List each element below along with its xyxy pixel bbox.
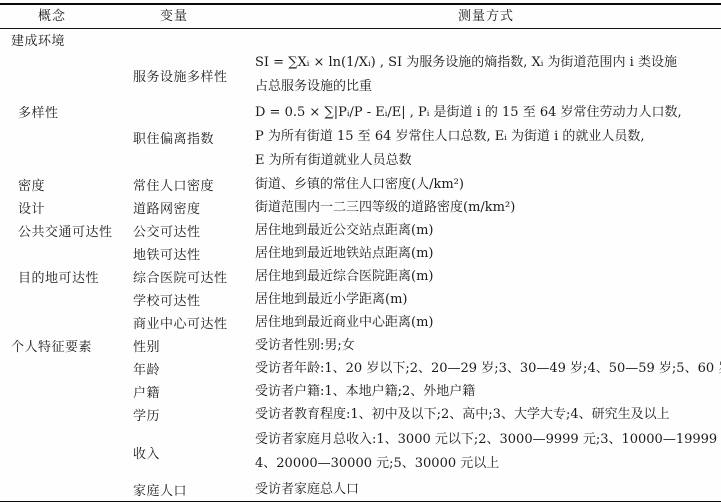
measurement-cell: 受访者家庭总人口 (255, 478, 721, 501)
concept-cell: 建成环境 (0, 29, 133, 49)
measurement-line: 居住地到最近公交站点距离(m) (255, 219, 717, 242)
measurement-line: 街道范围内一二三四等级的道路密度(m/km²) (255, 196, 717, 219)
concept-cell: 目的地可达性 (0, 265, 133, 288)
measurement-line: 居住地到最近小学距离(m) (255, 288, 717, 311)
variable-cell: 商业中心可达性 (133, 313, 255, 332)
measurement-cell: 受访者性别:男;女 (255, 334, 721, 357)
table-row-group: 个人特征要素 性别 受访者性别:男;女 年龄 受访者年龄:1、20 岁以下;2、… (0, 334, 721, 501)
measurement-line: 4、20000—30000 元;5、30000 元以上 (255, 452, 721, 476)
measurement-cell: 居住地到最近地铁站点距离(m) (255, 242, 721, 265)
measurement-cell: 居住地到最近小学距离(m) (255, 288, 721, 311)
measurement-line: 受访者家庭月总收入:1、3000 元以下;2、3000—9999 元;3、100… (255, 428, 721, 452)
variable-cell: 常住人口密度 (133, 175, 255, 194)
table-row: 地铁可达性 居住地到最近地铁站点距离(m) (133, 242, 721, 265)
variable-cell: 户籍 (133, 382, 255, 401)
variable-cell: 综合医院可达性 (133, 267, 255, 286)
measurement-cell: D = 0.5 × ∑|Pᵢ/P - Eᵢ/E| , Pᵢ 是街道 i 的 15… (255, 101, 721, 173)
measurement-line: SI = ∑Xᵢ × ln(1/Xᵢ) , SI 为服务设施的熵指数, Xᵢ 为… (255, 51, 717, 75)
col-header-measurement: 测量方式 (255, 5, 717, 28)
col-header-concept: 概念 (38, 5, 66, 28)
table-header: 概念 变量 测量方式 (0, 5, 721, 29)
measurement-line: 居住地到最近商业中心距离(m) (255, 311, 717, 334)
measurement-line: 居住地到最近地铁站点距离(m) (255, 242, 717, 265)
variable-cell: 年龄 (133, 359, 255, 378)
concept-cell: 设计 (0, 196, 133, 219)
table-row: 常住人口密度 街道、乡镇的常住人口密度(人/km²) (133, 173, 721, 196)
measurement-line: 受访者教育程度:1、初中及以下;2、高中;3、大学大专;4、研究生及以上 (255, 403, 721, 426)
table-row-group: 公共交通可达性 公交可达性 居住地到最近公交站点距离(m) 地铁可达性 居住地到… (0, 219, 721, 265)
table-row: 学历 受访者教育程度:1、初中及以下;2、高中;3、大学大专;4、研究生及以上 (133, 403, 721, 426)
variable-cell: 职住偏离指数 (133, 128, 255, 147)
table-row: 家庭人口 受访者家庭总人口 (133, 478, 721, 501)
table-row-group: 目的地可达性 综合医院可达性 居住地到最近综合医院距离(m) 学校可达性 居住地… (0, 265, 721, 334)
table-row-group: 多样性 服务设施多样性 SI = ∑Xᵢ × ln(1/Xᵢ) , SI 为服务… (0, 49, 721, 173)
variable-cell: 学校可达性 (133, 290, 255, 309)
measurement-cell: SI = ∑Xᵢ × ln(1/Xᵢ) , SI 为服务设施的熵指数, Xᵢ 为… (255, 51, 721, 99)
table-row: 服务设施多样性 SI = ∑Xᵢ × ln(1/Xᵢ) , SI 为服务设施的熵… (133, 49, 721, 101)
table-row: 学校可达性 居住地到最近小学距离(m) (133, 288, 721, 311)
measurement-line: P 为所有街道 15 至 64 岁常住人口总数, Eᵢ 为街道 i 的就业人员数… (255, 125, 717, 149)
table-row: 道路网密度 街道范围内一二三四等级的道路密度(m/km²) (133, 196, 721, 219)
table-row-group: 设计 道路网密度 街道范围内一二三四等级的道路密度(m/km²) (0, 196, 721, 219)
table-row-group: 建成环境 (0, 29, 721, 49)
measurement-cell: 居住地到最近公交站点距离(m) (255, 219, 721, 242)
table-row: 商业中心可达性 居住地到最近商业中心距离(m) (133, 311, 721, 334)
measurement-cell: 街道、乡镇的常住人口密度(人/km²) (255, 173, 721, 196)
measurement-table: 概念 变量 测量方式 建成环境 多样性 服务设施多样性 SI = ∑Xᵢ × l… (0, 3, 721, 502)
variable-cell: 家庭人口 (133, 480, 255, 499)
table-row-group: 密度 常住人口密度 街道、乡镇的常住人口密度(人/km²) (0, 173, 721, 196)
variable-cell: 学历 (133, 405, 255, 424)
measurement-cell: 受访者教育程度:1、初中及以下;2、高中;3、大学大专;4、研究生及以上 (255, 403, 721, 426)
variable-cell: 道路网密度 (133, 198, 255, 217)
measurement-line: 受访者户籍:1、本地户籍;2、外地户籍 (255, 380, 721, 403)
measurement-cell: 受访者家庭月总收入:1、3000 元以下;2、3000—9999 元;3、100… (255, 428, 721, 476)
table-row: 收入 受访者家庭月总收入:1、3000 元以下;2、3000—9999 元;3、… (133, 426, 721, 478)
table-row: 职住偏离指数 D = 0.5 × ∑|Pᵢ/P - Eᵢ/E| , Pᵢ 是街道… (133, 101, 721, 173)
table-row: 综合医院可达性 居住地到最近综合医院距离(m) (133, 265, 721, 288)
concept-cell: 多样性 (0, 49, 133, 173)
concept-cell: 个人特征要素 (0, 334, 133, 357)
table-row: 性别 受访者性别:男;女 (133, 334, 721, 357)
variable-cell: 公交可达性 (133, 221, 255, 240)
measurement-line: 街道、乡镇的常住人口密度(人/km²) (255, 173, 717, 196)
measurement-line: D = 0.5 × ∑|Pᵢ/P - Eᵢ/E| , Pᵢ 是街道 i 的 15… (255, 101, 717, 125)
measurement-cell: 居住地到最近商业中心距离(m) (255, 311, 721, 334)
measurement-cell: 街道范围内一二三四等级的道路密度(m/km²) (255, 196, 721, 219)
col-header-variable: 变量 (160, 5, 188, 28)
variable-cell: 收入 (133, 443, 255, 462)
variable-cell: 地铁可达性 (133, 244, 255, 263)
variable-cell: 性别 (133, 336, 255, 355)
measurement-cell: 受访者年龄:1、20 岁以下;2、20—29 岁;3、30—49 岁;4、50—… (255, 357, 721, 380)
paper-table-page: 概念 变量 测量方式 建成环境 多样性 服务设施多样性 SI = ∑Xᵢ × l… (0, 0, 721, 502)
concept-cell: 密度 (0, 173, 133, 196)
concept-cell: 公共交通可达性 (0, 219, 133, 242)
measurement-line: 受访者性别:男;女 (255, 334, 721, 357)
measurement-cell: 居住地到最近综合医院距离(m) (255, 265, 721, 288)
measurement-line: 占总服务设施的比重 (255, 75, 717, 99)
table-row: 户籍 受访者户籍:1、本地户籍;2、外地户籍 (133, 380, 721, 403)
measurement-line: E 为所有街道就业人员总数 (255, 149, 717, 173)
table-row: 公交可达性 居住地到最近公交站点距离(m) (133, 219, 721, 242)
measurement-cell: 受访者户籍:1、本地户籍;2、外地户籍 (255, 380, 721, 403)
variable-cell: 服务设施多样性 (133, 66, 255, 85)
measurement-line: 居住地到最近综合医院距离(m) (255, 265, 717, 288)
measurement-line: 受访者家庭总人口 (255, 478, 721, 501)
table-row: 年龄 受访者年龄:1、20 岁以下;2、20—29 岁;3、30—49 岁;4、… (133, 357, 721, 380)
measurement-line: 受访者年龄:1、20 岁以下;2、20—29 岁;3、30—49 岁;4、50—… (255, 357, 721, 380)
